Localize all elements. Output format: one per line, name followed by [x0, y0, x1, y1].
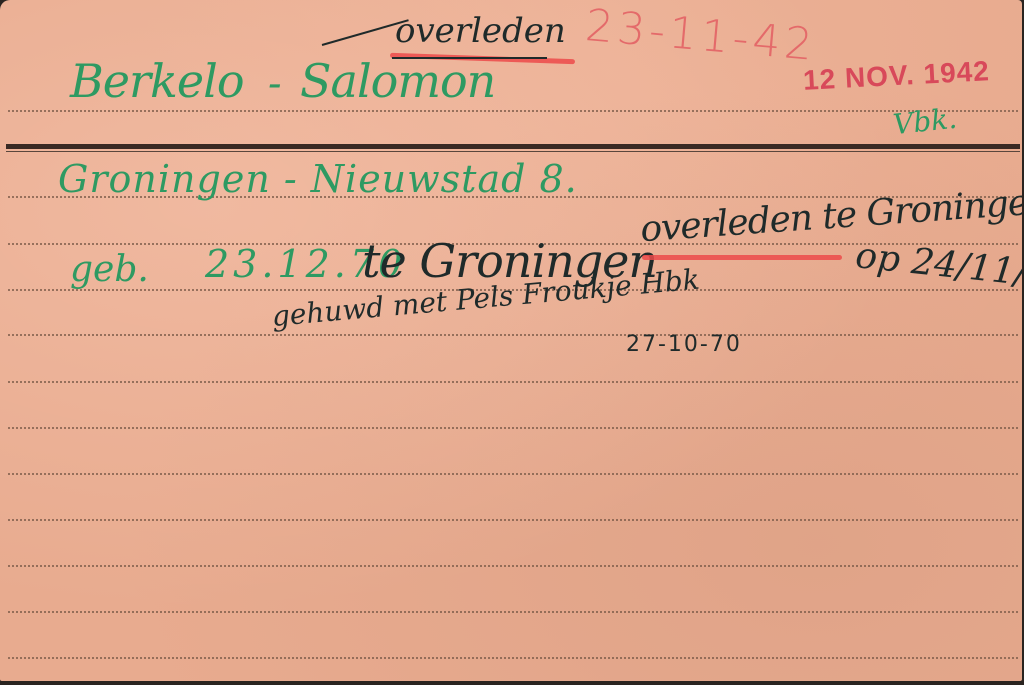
overleden-annotation: overleden [395, 14, 566, 48]
name-separator: - [268, 64, 282, 104]
surname: Berkelo [70, 58, 244, 104]
ink-underline-top [392, 57, 547, 59]
ruled-line [8, 519, 1018, 521]
header-divider [6, 144, 1020, 149]
ruled-line [8, 565, 1018, 567]
date-stamp: 12 NOV. 1942 [802, 55, 990, 97]
ruled-line [8, 611, 1018, 613]
given-name: Salomon [300, 58, 495, 104]
ruled-line [8, 657, 1018, 659]
ruled-line [8, 110, 1018, 112]
marriage-date: 27-10-70 [626, 334, 742, 356]
index-card: Berkelo - Salomon overleden 23-11-42 12 … [0, 0, 1022, 681]
ruled-line [8, 473, 1018, 475]
red-underline-death [642, 255, 842, 260]
birth-label: geb. [70, 252, 149, 288]
death-note-line1: overleden te Groningen [639, 184, 1022, 249]
header-divider-thin [6, 151, 1020, 152]
red-pencil-date: 23-11-42 [584, 4, 819, 68]
clerk-initials: Vbk. [892, 105, 959, 140]
ruled-line [8, 334, 1018, 336]
ruled-line [8, 381, 1018, 383]
address: Groningen - Nieuwstad 8. [58, 160, 578, 198]
ruled-line [8, 427, 1018, 429]
